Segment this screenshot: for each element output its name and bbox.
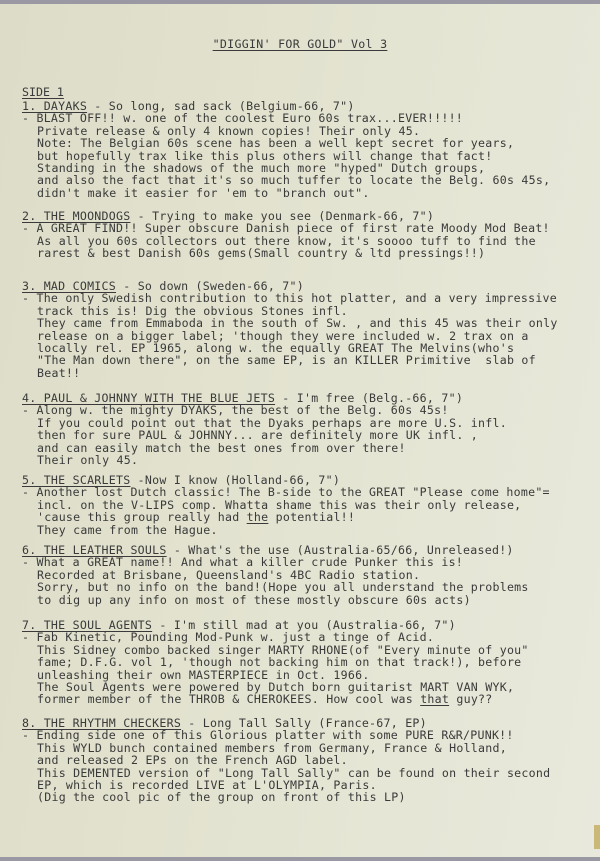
track-note-line: and released 2 EPs on the French AGD lab… bbox=[22, 754, 592, 766]
track-entry: 1. DAYAKS - So long, sad sack (Belgium-6… bbox=[22, 100, 592, 199]
track-note-line: former member of the THROB & CHEROKEES. … bbox=[22, 693, 592, 705]
track-note-line: "The Man down there", on the same EP, is… bbox=[22, 354, 592, 366]
page-corner-decoration bbox=[594, 825, 600, 849]
track-note-line: rarest & best Danish 60s gems(Small coun… bbox=[22, 247, 592, 259]
track-entry: 5. THE SCARLETS -Now I know (Holland-66,… bbox=[22, 474, 592, 536]
track-note-line: Note: The Belgian 60s scene has been a w… bbox=[22, 137, 592, 149]
track-entry: 4. PAUL & JOHNNY WITH THE BLUE JETS - I'… bbox=[22, 392, 592, 466]
track-note-line: Beat!! bbox=[22, 367, 592, 379]
track-note-line: Their only 45. bbox=[22, 454, 592, 466]
track-note-line: (Dig the cool pic of the group on front … bbox=[22, 791, 592, 803]
track-note-line: - Another lost Dutch classic! The B-side… bbox=[22, 486, 592, 498]
track-entry: 8. THE RHYTHM CHECKERS - Long Tall Sally… bbox=[22, 717, 592, 804]
track-note-line: They came from the Hague. bbox=[22, 524, 592, 536]
page-title: "DIGGIN' FOR GOLD" Vol 3 bbox=[0, 37, 600, 51]
track-entry: 6. THE LEATHER SOULS - What's the use (A… bbox=[22, 544, 592, 606]
track-note-line: - A GREAT FIND!! Super obscure Danish pi… bbox=[22, 222, 592, 234]
track-entry: 3. MAD COMICS - So down (Sweden-66, 7")-… bbox=[22, 280, 592, 379]
track-note-line: then for sure PAUL & JOHNNY... are defin… bbox=[22, 429, 592, 441]
side-heading: SIDE 1 bbox=[22, 85, 64, 99]
title-text: "DIGGIN' FOR GOLD" Vol 3 bbox=[213, 37, 388, 51]
track-entry: 2. THE MOONDOGS - Trying to make you see… bbox=[22, 210, 592, 260]
track-note-line: - The only Swedish contribution to this … bbox=[22, 292, 592, 304]
track-note-line: - Fab Kinetic, Pounding Mod-Punk w. just… bbox=[22, 631, 592, 643]
track-note-line: They came from Emmaboda in the south of … bbox=[22, 317, 592, 329]
track-note-line: Sorry, but no info on the band!(Hope you… bbox=[22, 581, 592, 593]
track-entry: 7. THE SOUL AGENTS - I'm still mad at yo… bbox=[22, 619, 592, 706]
track-note-line: didn't make it easier for 'em to "branch… bbox=[22, 187, 592, 199]
track-note-line: and also the fact that it's so much tuff… bbox=[22, 174, 592, 186]
track-note-line: - BLAST OFF!! w. one of the coolest Euro… bbox=[22, 112, 592, 124]
track-note-line: to dig up any info on most of these most… bbox=[22, 594, 592, 606]
track-note-line: 'cause this group really had the potenti… bbox=[22, 511, 592, 523]
track-note-line: - Along w. the mighty DYAKS, the best of… bbox=[22, 404, 592, 416]
track-note-line: - Ending side one of this Glorious platt… bbox=[22, 729, 592, 741]
track-note-line: - What a GREAT name!! And what a killer … bbox=[22, 556, 592, 568]
track-note-line: fame; D.F.G. vol 1, 'though not backing … bbox=[22, 656, 592, 668]
typed-liner-notes-page: "DIGGIN' FOR GOLD" Vol 3 SIDE 1 1. DAYAK… bbox=[0, 4, 600, 857]
